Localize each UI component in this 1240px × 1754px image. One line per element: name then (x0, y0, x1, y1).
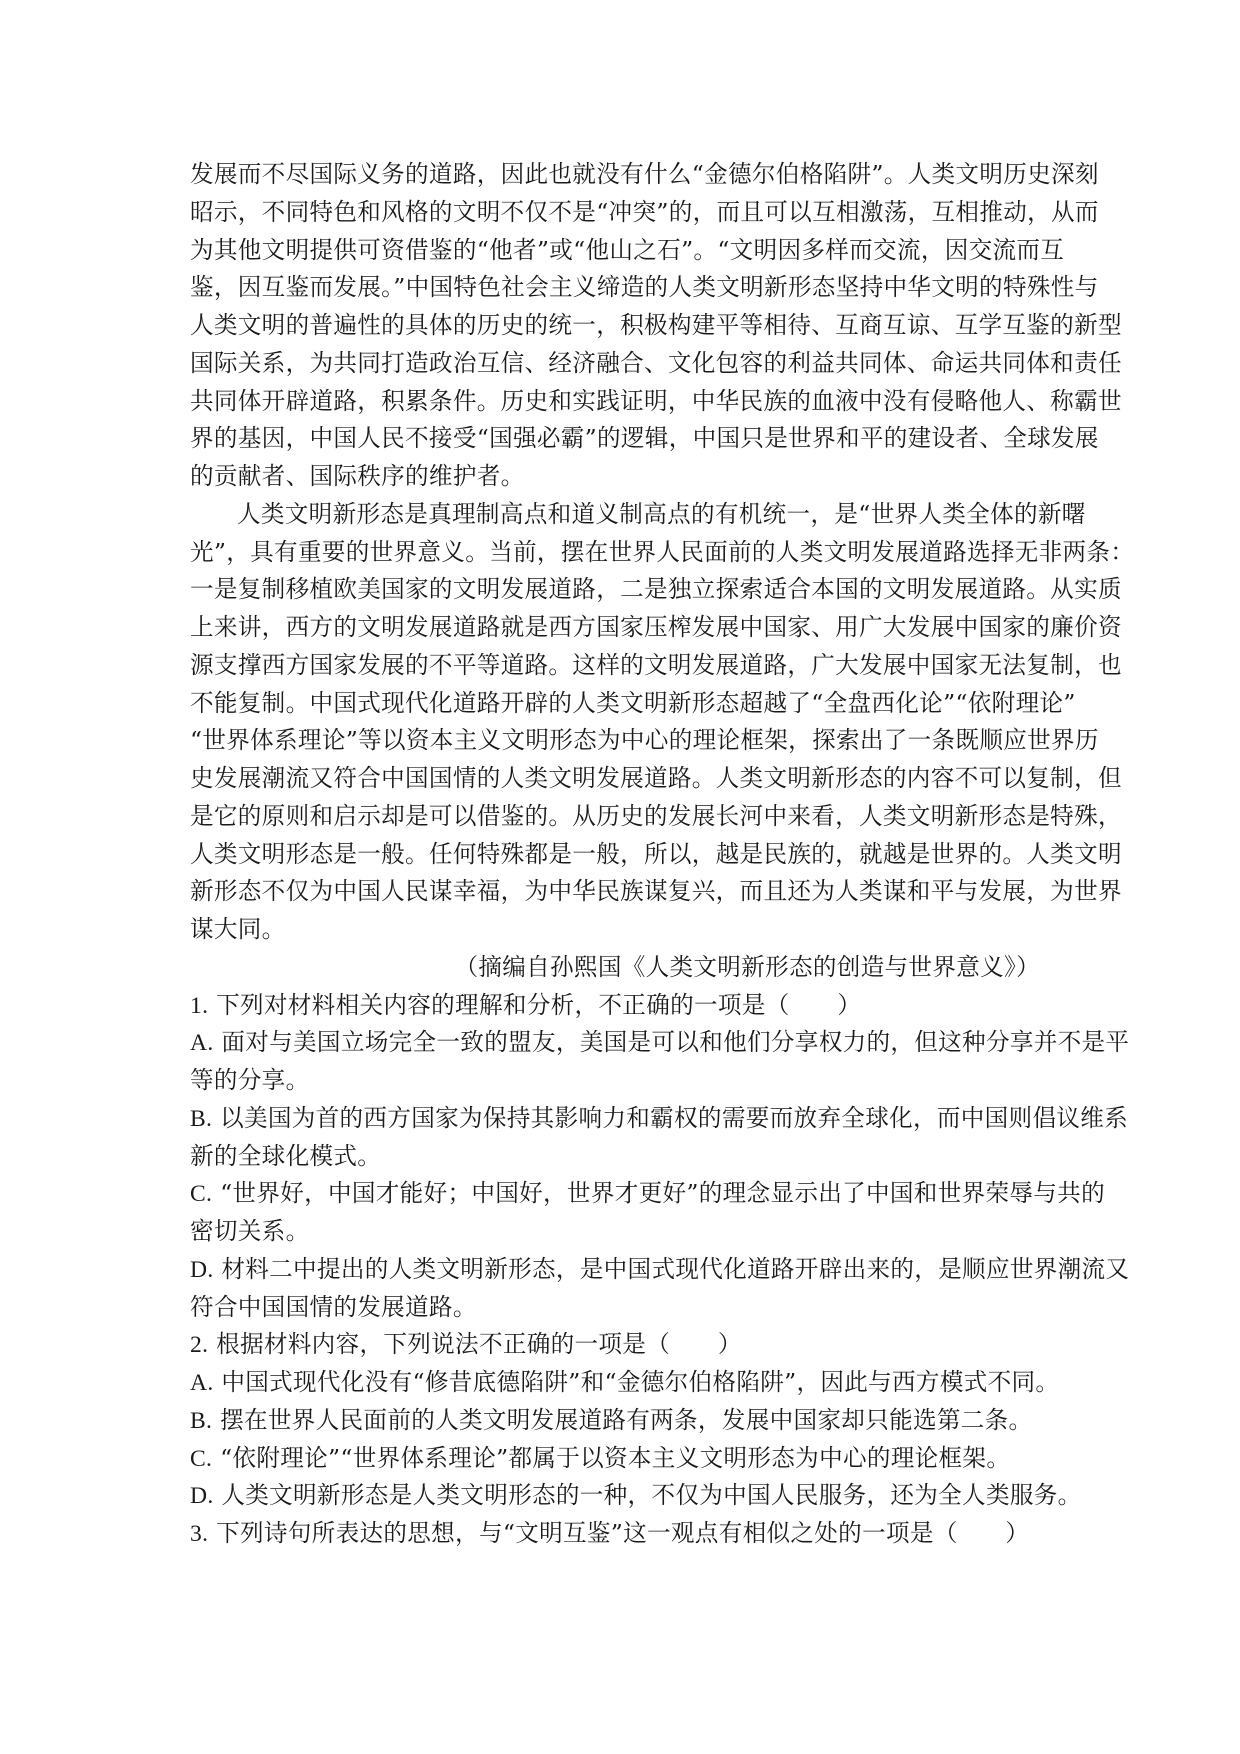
text-line: 一是复制移植欧美国家的文明发展道路，二是独立探索适合本国的文明发展道路。从实质 (190, 571, 1040, 609)
option-letter: D. (190, 1257, 214, 1283)
option-text: 面对与美国立场完全一致的盟友，美国是可以和他们分享权力的，但这种分享并不是平 (221, 1028, 1129, 1056)
question-number: 2. (190, 1332, 208, 1358)
option-text: 以美国为首的西方国家为保持其影响力和霸权的需要而放弃全球化，而中国则倡议维系 (220, 1104, 1128, 1132)
question-stem: 1. 下列对材料相关内容的理解和分析，不正确的一项是（ ） (190, 987, 1040, 1025)
question-text: 下列对材料相关内容的理解和分析，不正确的一项是（ ） (216, 991, 861, 1019)
text-line: 源支撑西方国家发展的不平等道路。这样的文明发展道路，广大发展中国家无法复制，也 (190, 647, 1040, 685)
option-d: D. 材料二中提出的人类文明新形态，是中国式现代化道路开辟出来的，是顺应世界潮流… (190, 1251, 1040, 1289)
passage-paragraph-2: 人类文明新形态是真理制高点和道义制高点的有机统一，是“世界人类全体的新曙 光”，… (190, 496, 1040, 949)
option-letter: A. (190, 1370, 214, 1396)
question-number: 3. (190, 1521, 208, 1547)
question-number: 1. (190, 993, 208, 1019)
option-b: B. 以美国为首的西方国家为保持其影响力和霸权的需要而放弃全球化，而中国则倡议维… (190, 1100, 1040, 1138)
text-line: 新形态不仅为中国人民谋幸福，为中华民族谋复兴，而且还为人类谋和平与发展，为世界 (190, 873, 1040, 911)
text-line: 人类文明形态是一般。任何特殊都是一般，所以，越是民族的，就越是世界的。人类文明 (190, 836, 1040, 874)
option-text: 中国式现代化没有“修昔底德陷阱”和“金德尔伯格陷阱”，因此与西方模式不同。 (221, 1368, 1059, 1396)
text-line: 不能复制。中国式现代化道路开辟的人类文明新形态超越了“全盘西化论”“依附理论” (190, 685, 1040, 723)
text-line: 共同体开辟道路，积累条件。历史和实践证明，中华民族的血液中没有侵略他人、称霸世 (190, 383, 1040, 421)
option-b: B. 摆在世界人民面前的人类文明发展道路有两条，发展中国家却只能选第二条。 (190, 1402, 1040, 1440)
option-a-cont: 等的分享。 (190, 1062, 1040, 1100)
text-line: 鉴，因互鉴而发展。”中国特色社会主义缔造的人类文明新形态坚持中华文明的特殊性与 (190, 269, 1040, 307)
text-line: “世界体系理论”等以资本主义文明形态为中心的理论框架，探索出了一条既顺应世界历 (190, 722, 1040, 760)
text-line: 是它的原则和启示却是可以借鉴的。从历史的发展长河中来看，人类文明新形态是特殊， (190, 798, 1040, 836)
option-letter: A. (190, 1030, 214, 1056)
option-c: C. “世界好，中国才能好；中国好，世界才更好”的理念显示出了中国和世界荣辱与共… (190, 1175, 1040, 1213)
text-line: 光”，具有重要的世界意义。当前，摆在世界人民面前的人类文明发展道路选择无非两条： (190, 534, 1040, 572)
option-letter: D. (190, 1483, 214, 1509)
text-line: 界的基因，中国人民不接受“国强必霸”的逻辑，中国只是世界和平的建设者、全球发展 (190, 420, 1040, 458)
question-stem: 2. 根据材料内容，下列说法不正确的一项是（ ） (190, 1326, 1040, 1364)
option-text: “依附理论”“世界体系理论”都属于以资本主义文明形态为中心的理论框架。 (220, 1444, 1010, 1472)
text-line: 为其他文明提供可资借鉴的“他者”或“他山之石”。“文明因多样而交流，因交流而互 (190, 232, 1040, 270)
question-text: 根据材料内容，下列说法不正确的一项是（ ） (216, 1330, 742, 1358)
source-citation: （摘编自孙熙国《人类文明新形态的创造与世界意义》） (190, 949, 1040, 987)
text-line: 谋大同。 (190, 911, 1040, 949)
option-text: 摆在世界人民面前的人类文明发展道路有两条，发展中国家却只能选第二条。 (220, 1406, 1032, 1434)
text-line: 发展而不尽国际义务的道路，因此也就没有什么“金德尔伯格陷阱”。人类文明历史深刻 (190, 156, 1040, 194)
option-a: A. 中国式现代化没有“修昔底德陷阱”和“金德尔伯格陷阱”，因此与西方模式不同。 (190, 1364, 1040, 1402)
text-line: 人类文明的普遍性的具体的历史的统一，积极构建平等相待、互商互谅、互学互鉴的新型 (190, 307, 1040, 345)
question-1: 1. 下列对材料相关内容的理解和分析，不正确的一项是（ ） A. 面对与美国立场… (190, 987, 1040, 1327)
option-c-cont: 密切关系。 (190, 1213, 1040, 1251)
text-line: 上来讲，西方的文明发展道路就是西方国家压榨发展中国家、用广大发展中国家的廉价资 (190, 609, 1040, 647)
option-text: 人类文明新形态是人类文明形态的一种，不仅为中国人民服务，还为全人类服务。 (221, 1481, 1081, 1509)
question-stem: 3. 下列诗句所表达的思想，与“文明互鉴”这一观点有相似之处的一项是（ ） (190, 1515, 1040, 1553)
option-c: C. “依附理论”“世界体系理论”都属于以资本主义文明形态为中心的理论框架。 (190, 1440, 1040, 1478)
option-letter: B. (190, 1408, 212, 1434)
option-text: 材料二中提出的人类文明新形态，是中国式现代化道路开辟出来的，是顺应世界潮流又 (221, 1255, 1129, 1283)
option-text: “世界好，中国才能好；中国好，世界才更好”的理念显示出了中国和世界荣辱与共的 (220, 1179, 1105, 1207)
option-letter: B. (190, 1106, 212, 1132)
option-d-cont: 符合中国国情的发展道路。 (190, 1289, 1040, 1327)
option-a: A. 面对与美国立场完全一致的盟友，美国是可以和他们分享权力的，但这种分享并不是… (190, 1024, 1040, 1062)
document-page: 发展而不尽国际义务的道路，因此也就没有什么“金德尔伯格陷阱”。人类文明历史深刻 … (190, 156, 1040, 1553)
option-d: D. 人类文明新形态是人类文明形态的一种，不仅为中国人民服务，还为全人类服务。 (190, 1477, 1040, 1515)
question-3: 3. 下列诗句所表达的思想，与“文明互鉴”这一观点有相似之处的一项是（ ） (190, 1515, 1040, 1553)
text-line: 国际关系，为共同打造政治互信、经济融合、文化包容的利益共同体、命运共同体和责任 (190, 345, 1040, 383)
question-text: 下列诗句所表达的思想，与“文明互鉴”这一观点有相似之处的一项是（ ） (216, 1519, 1029, 1547)
passage-paragraph-1: 发展而不尽国际义务的道路，因此也就没有什么“金德尔伯格陷阱”。人类文明历史深刻 … (190, 156, 1040, 496)
text-line: 人类文明新形态是真理制高点和道义制高点的有机统一，是“世界人类全体的新曙 (190, 496, 1040, 534)
option-letter: C. (190, 1446, 212, 1472)
text-line: 昭示，不同特色和风格的文明不仅不是“冲突”的，而且可以互相激荡，互相推动，从而 (190, 194, 1040, 232)
option-b-cont: 新的全球化模式。 (190, 1138, 1040, 1176)
option-letter: C. (190, 1181, 212, 1207)
text-line: 的贡献者、国际秩序的维护者。 (190, 458, 1040, 496)
text-line: 史发展潮流又符合中国国情的人类文明发展道路。人类文明新形态的内容不可以复制，但 (190, 760, 1040, 798)
question-2: 2. 根据材料内容，下列说法不正确的一项是（ ） A. 中国式现代化没有“修昔底… (190, 1326, 1040, 1515)
